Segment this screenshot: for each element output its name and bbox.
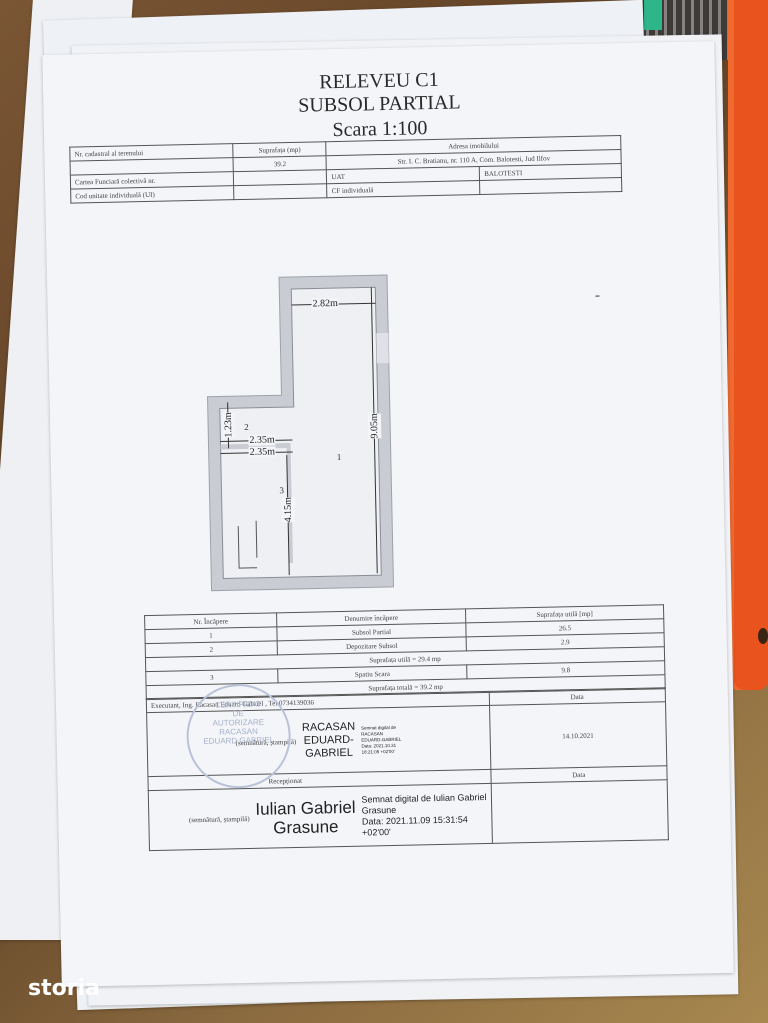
rec-date — [491, 780, 669, 844]
dim-right-height: 9.05m — [368, 413, 382, 439]
dim-top-width: 2.82m — [311, 298, 339, 310]
teal-object — [644, 0, 662, 30]
exec-signer-name: RACASAN EDUARD- GABRIEL — [302, 721, 356, 761]
dim-room2-width: 2.35m — [248, 434, 276, 446]
sig-line: Semnat digital de — [361, 724, 401, 731]
stray-mark — [595, 296, 599, 297]
orange-tray-edge — [728, 0, 768, 690]
room-label-2: 2 — [244, 422, 249, 432]
rec-name-line: Iulian Gabriel — [255, 797, 356, 818]
receiver-signature-cell: (semnătură, ștampilă) Iulian Gabriel Gra… — [148, 783, 492, 850]
rec-digital-signature: Semnat digital de Iulian Gabriel Grasune… — [361, 792, 487, 839]
stamp-line: EDUARD GABRIEL — [189, 735, 289, 746]
dim-room2-height: 1.23m — [222, 412, 236, 438]
unit-code-value — [234, 184, 328, 200]
unit-code-label: Cod unitate individuală (UI) — [71, 186, 234, 203]
exec-name-line: RACASAN — [302, 721, 355, 735]
storia-watermark-logo: storia — [28, 976, 100, 1001]
floor-plan: 2.82m 9.05m 1.23m 2.35m 2.35m 4.15m 1 2 … — [199, 273, 406, 593]
sign-hint: (semnătură, ștampilă) — [189, 814, 250, 823]
exec-name-line: GABRIEL — [302, 747, 355, 761]
room-label-3: 3 — [279, 485, 284, 495]
cf-individual-value — [480, 178, 622, 195]
dim-room3-width: 2.35m — [249, 446, 277, 458]
document-page: RELEVEU C1 SUBSOL PARTIAL Scara 1:100 Nr… — [42, 41, 733, 987]
rec-signer-name: Iulian Gabriel Grasune — [255, 797, 356, 837]
cf-individual-label: CF individuală — [327, 181, 480, 198]
exec-date: 14.10.2021 — [489, 702, 667, 770]
property-info-table: Nr. cadastral al terenului Suprafața (mp… — [69, 135, 622, 204]
exec-digital-signature: Semnat digital de RACASAN EDUARD-GABRIEL… — [361, 724, 402, 755]
rec-name-line: Grasune — [256, 816, 357, 837]
exec-name-line: EDUARD- — [302, 734, 355, 748]
sig-line: 18:21:05 +02'00' — [362, 748, 402, 755]
dim-room3-height: 4.15m — [282, 497, 296, 523]
tray-hole — [758, 628, 768, 644]
room-label-1: 1 — [337, 452, 342, 462]
sig-line: Data: 2021.10.31 — [361, 742, 401, 749]
sig-line: +02'00' — [362, 824, 487, 838]
